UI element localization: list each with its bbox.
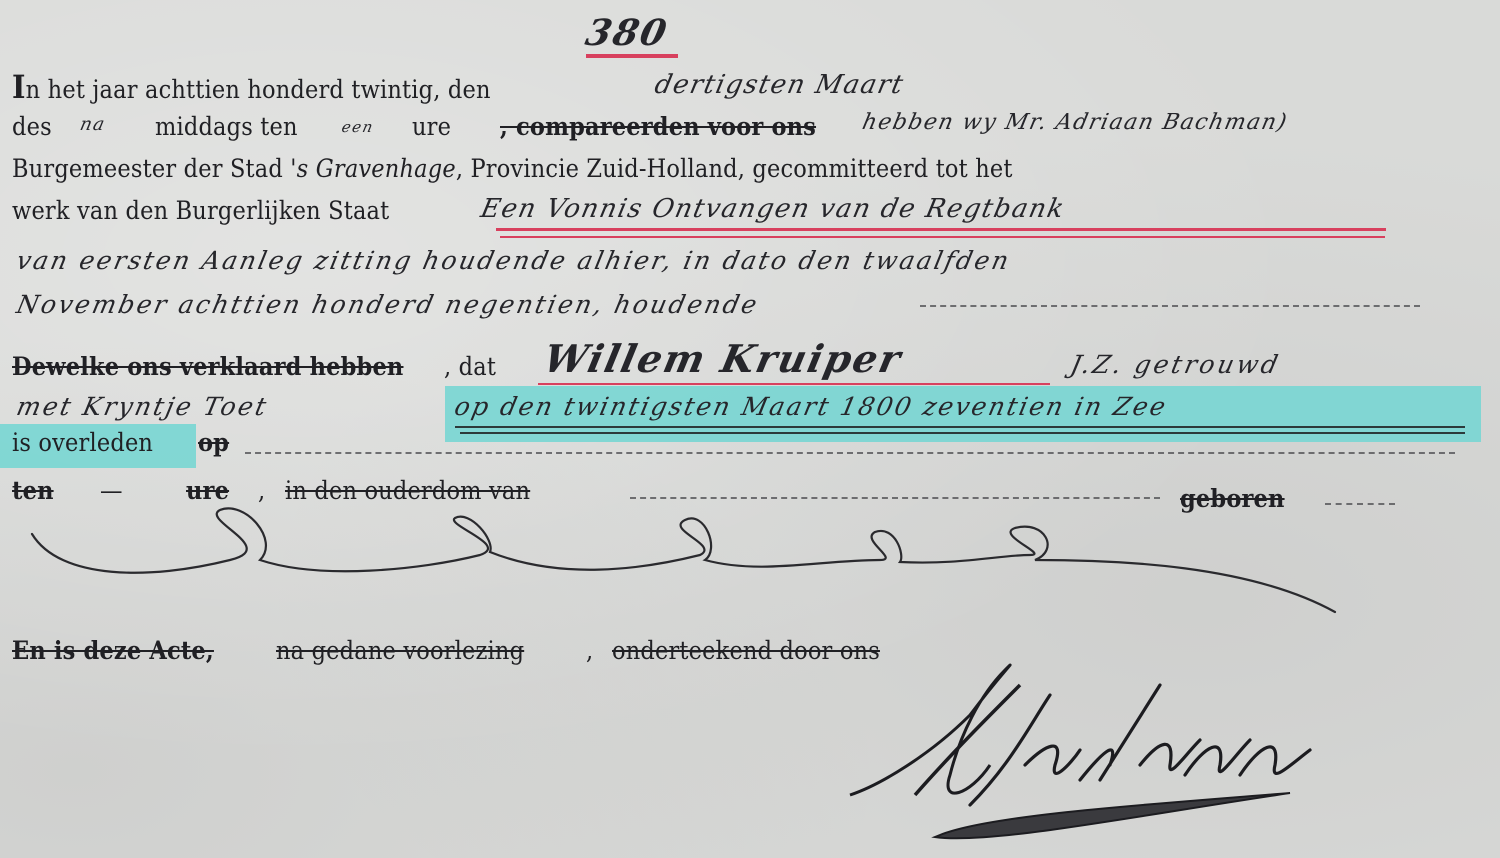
line-2-ure: ure	[412, 112, 451, 141]
line-4-underline-1	[496, 228, 1386, 231]
line-3: Burgemeester der Stad 's Gravenhage, Pro…	[12, 154, 1013, 183]
line-7-hand: J.Z. getrouwd	[1068, 350, 1283, 379]
line-3-a: Burgemeester der Stad	[12, 154, 283, 183]
line-2-middags: middags ten	[155, 112, 298, 141]
line-8-death-date: op den twintigsten Maart 1800 zeventien …	[452, 392, 1170, 421]
line-9-blank	[245, 452, 1455, 454]
line-1: In het jaar achttien honderd twintig, de…	[12, 68, 491, 106]
line-8-spouse: met Kryntje Toet	[14, 392, 271, 421]
line-2-hand-een: een	[340, 118, 376, 136]
line-10-blank-1	[630, 497, 1160, 499]
line-2-mayor: hebben wy Mr. Adriaan Bachman)	[860, 110, 1290, 135]
line-5-hand: van eersten Aanleg zitting houdende alhi…	[14, 246, 1014, 275]
line-6-blank	[920, 305, 1420, 307]
line-8-underline-2	[460, 432, 1465, 434]
dropcap: I	[12, 68, 26, 106]
deceased-name: Willem Kruiper	[540, 336, 906, 381]
line-11-voorlezing: na gedane voorlezing	[276, 636, 524, 665]
line-3-b: , Provincie Zuid-Holland, gecommitteerd …	[456, 154, 1013, 183]
line-7-dat: , dat	[444, 352, 496, 381]
line-4-hand: Een Vonnis Ontvangen van de Regtbank	[478, 194, 1068, 224]
line-2-des: des	[12, 112, 52, 141]
name-underline-red	[538, 383, 1050, 385]
record-number: 380	[582, 12, 672, 54]
line-6-hand: November achttien honderd negentien, hou…	[14, 290, 762, 319]
line-11-acte: En is deze Acte,	[12, 636, 214, 665]
line-2-struck: , compareerden voor ons	[500, 112, 816, 141]
line-9-struck-op: op	[198, 428, 229, 457]
line-1-date: dertigsten Maart	[652, 70, 907, 100]
line-8-underline-1	[455, 426, 1465, 428]
line-11-comma: ,	[586, 636, 593, 665]
line-1-printed: n het jaar achttien honderd twintig, den	[26, 75, 491, 104]
record-number-underline	[586, 54, 678, 58]
line-4-underline-2	[500, 236, 1385, 238]
line-4-printed: werk van den Burgerlijken Staat	[12, 196, 389, 225]
line-7-struck: Dewelke ons verklaard hebben	[12, 352, 403, 381]
line-9-overleden: is overleden	[12, 428, 153, 457]
signature	[840, 655, 1440, 855]
line-3-city: 's Gravenhage	[290, 154, 456, 183]
line-2-hand-na: na	[78, 114, 108, 135]
